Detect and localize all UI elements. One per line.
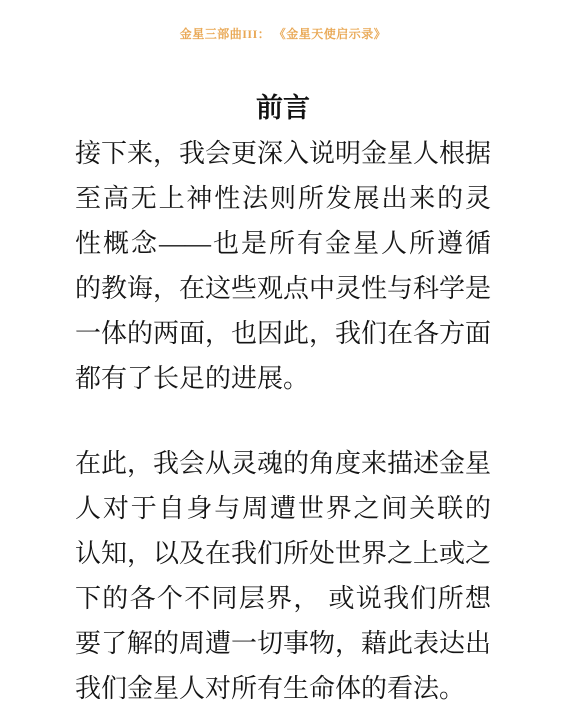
- text-line: 在此，我会从灵魂的角度来描述金星: [75, 441, 491, 486]
- text-line: 认知，以及在我们所处世界之上或之: [75, 531, 491, 576]
- text-line: 要了解的周遭一切事物，藉此表达出: [75, 621, 491, 666]
- text-line: 至高无上神性法则所发展出来的灵: [75, 176, 491, 221]
- text-line: 性概念——也是所有金星人所遵循: [75, 221, 491, 266]
- text-line: 一体的两面，也因此，我们在各方面: [75, 311, 491, 356]
- text-line: 的教诲，在这些观点中灵性与科学是: [75, 266, 491, 311]
- text-line: 都有了长足的进展。: [75, 356, 491, 401]
- paragraph-1: 接下来，我会更深入说明金星人根据至高无上神性法则所发展出来的灵性概念——也是所有…: [75, 131, 491, 401]
- body-text: 接下来，我会更深入说明金星人根据至高无上神性法则所发展出来的灵性概念——也是所有…: [75, 131, 491, 711]
- text-line: 接下来，我会更深入说明金星人根据: [75, 131, 491, 176]
- page-title: 前言: [0, 93, 566, 124]
- document-page: 金星三部曲III： 《金星天使启示录》 前言 接下来，我会更深入说明金星人根据至…: [0, 0, 566, 727]
- paragraph-2: 在此，我会从灵魂的角度来描述金星人对于自身与周遭世界之间关联的认知，以及在我们所…: [75, 441, 491, 711]
- text-line: 我们金星人对所有生命体的看法。: [75, 666, 491, 711]
- book-header: 金星三部曲III： 《金星天使启示录》: [0, 0, 566, 42]
- text-line: 人对于自身与周遭世界之间关联的: [75, 486, 491, 531]
- text-line: 下的各个不同层界， 或说我们所想: [75, 576, 491, 621]
